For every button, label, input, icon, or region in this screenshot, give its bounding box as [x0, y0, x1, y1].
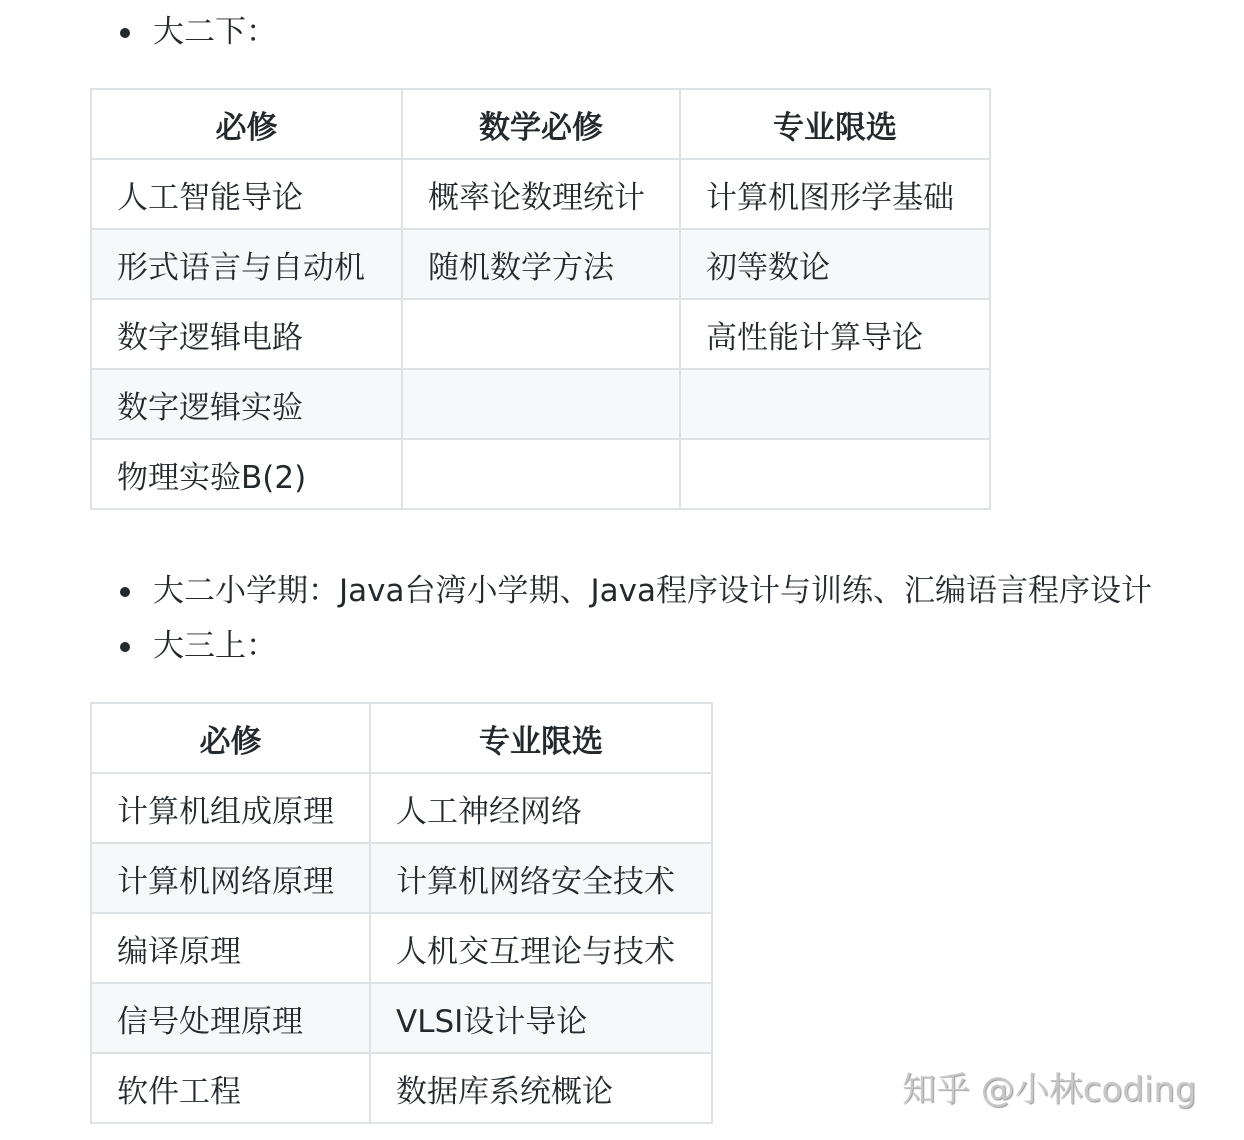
table-cell: 人机交互理论与技术 — [370, 913, 712, 983]
zhihu-watermark: 知乎 @小林coding — [902, 1062, 1196, 1111]
table-row: 编译原理 人机交互理论与技术 — [91, 913, 712, 983]
bullet-dot-icon — [120, 587, 130, 597]
table-cell: 形式语言与自动机 — [91, 229, 402, 299]
table-row: 计算机组成原理 人工神经网络 — [91, 773, 712, 843]
table-cell — [680, 369, 990, 439]
table-row: 数字逻辑电路 高性能计算导论 — [91, 299, 990, 369]
table-cell: 初等数论 — [680, 229, 990, 299]
table-cell: 计算机网络原理 — [91, 843, 370, 913]
table-row: 软件工程 数据库系统概论 — [91, 1053, 712, 1123]
table-cell — [680, 439, 990, 509]
table-header-row: 必修 专业限选 — [91, 703, 712, 773]
table-row: 形式语言与自动机 随机数学方法 初等数论 — [91, 229, 990, 299]
table-cell: 计算机图形学基础 — [680, 159, 990, 229]
course-table-junior-fall: 必修 专业限选 计算机组成原理 人工神经网络 计算机网络原理 计算机网络安全技术… — [90, 702, 713, 1124]
table-cell — [402, 369, 680, 439]
table-header-row: 必修 数学必修 专业限选 — [91, 89, 990, 159]
column-header: 必修 — [91, 703, 370, 773]
table-cell: 计算机组成原理 — [91, 773, 370, 843]
table-cell: 人工智能导论 — [91, 159, 402, 229]
list-item-text: 大三上： — [153, 626, 277, 666]
column-header: 数学必修 — [402, 89, 680, 159]
table-cell — [402, 299, 680, 369]
table-cell: 物理实验B(2) — [91, 439, 402, 509]
table-cell: 数字逻辑实验 — [91, 369, 402, 439]
bullet-dot-icon — [120, 28, 130, 38]
table-row: 信号处理原理 VLSI设计导论 — [91, 983, 712, 1053]
table-cell: 随机数学方法 — [402, 229, 680, 299]
bullet-dot-icon — [120, 642, 130, 652]
table-cell: 高性能计算导论 — [680, 299, 990, 369]
table-row: 数字逻辑实验 — [91, 369, 990, 439]
table-cell: 信号处理原理 — [91, 983, 370, 1053]
column-header: 必修 — [91, 89, 402, 159]
list-item-text: 大二小学期：Java台湾小学期、Java程序设计与训练、汇编语言程序设计 — [153, 571, 1152, 611]
column-header: 专业限选 — [680, 89, 990, 159]
table-cell: 概率论数理统计 — [402, 159, 680, 229]
table-cell: 编译原理 — [91, 913, 370, 983]
table-cell: VLSI设计导论 — [370, 983, 712, 1053]
table-cell — [402, 439, 680, 509]
course-table-sophomore-spring: 必修 数学必修 专业限选 人工智能导论 概率论数理统计 计算机图形学基础 形式语… — [90, 88, 991, 510]
table-cell: 数据库系统概论 — [370, 1053, 712, 1123]
table-cell: 数字逻辑电路 — [91, 299, 402, 369]
column-header: 专业限选 — [370, 703, 712, 773]
table-cell: 计算机网络安全技术 — [370, 843, 712, 913]
table-row: 人工智能导论 概率论数理统计 计算机图形学基础 — [91, 159, 990, 229]
table-row: 计算机网络原理 计算机网络安全技术 — [91, 843, 712, 913]
list-item-text: 大二下： — [153, 12, 277, 52]
table-row: 物理实验B(2) — [91, 439, 990, 509]
table-cell: 软件工程 — [91, 1053, 370, 1123]
table-cell: 人工神经网络 — [370, 773, 712, 843]
